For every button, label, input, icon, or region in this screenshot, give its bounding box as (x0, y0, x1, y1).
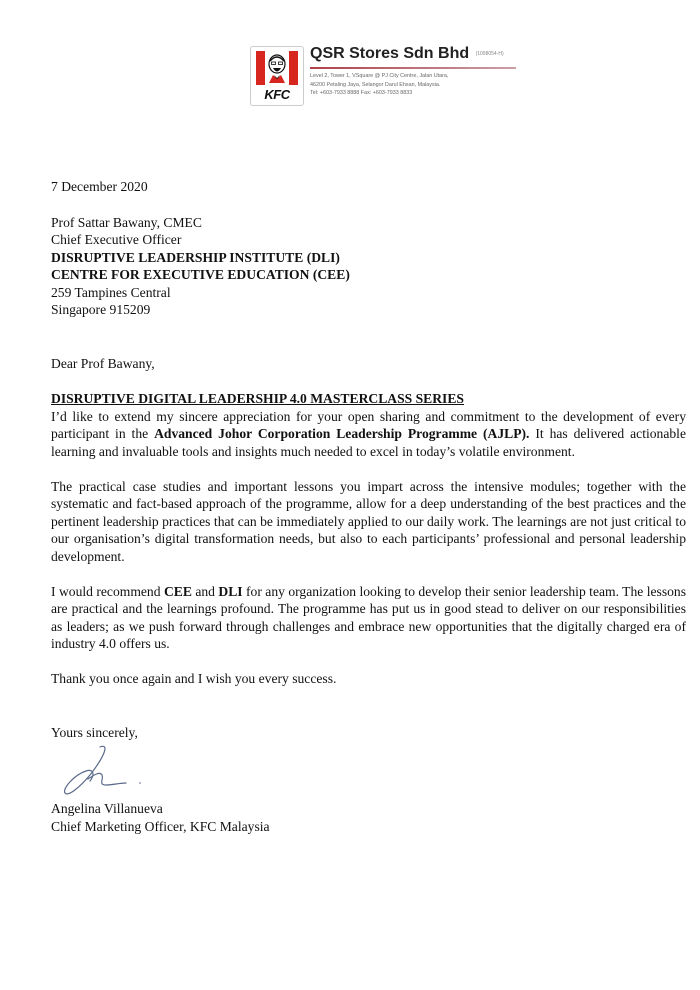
programme-name: Advanced Johor Corporation Leadership Pr… (154, 426, 529, 441)
logo-text: KFC (251, 87, 303, 102)
paragraph-3-text: I would recommend (51, 584, 164, 599)
contact-line: Tel: +603-7933 8888 Fax: +603-7933 8833 (310, 89, 520, 98)
cee-bold: CEE (164, 584, 192, 599)
subject-line: DISRUPTIVE DIGITAL LEADERSHIP 4.0 MASTER… (51, 390, 691, 408)
recipient-address-1: 259 Tampines Central (51, 284, 691, 302)
paragraph-4: Thank you once again and I wish you ever… (51, 670, 686, 688)
recipient-title: Chief Executive Officer (51, 231, 691, 249)
signer-name: Angelina Villanueva (51, 800, 270, 818)
recipient-org-1: DISRUPTIVE LEADERSHIP INSTITUTE (DLI) (51, 249, 691, 267)
paragraph-1: I’d like to extend my sincere appreciati… (51, 408, 686, 461)
colonel-icon (267, 53, 287, 83)
letterhead-divider (310, 67, 516, 69)
logo-stripe (256, 51, 265, 85)
letter-body: 7 December 2020 Prof Sattar Bawany, CMEC… (51, 178, 691, 741)
salutation: Dear Prof Bawany, (51, 355, 691, 373)
company-name: QSR Stores Sdn Bhd (1098054-H) (310, 44, 520, 64)
address-line: 46200 Petaling Jaya, Selangor Darul Ehsa… (310, 81, 520, 90)
logo-stripe (289, 51, 298, 85)
signer-block: Angelina Villanueva Chief Marketing Offi… (51, 800, 270, 835)
closing: Yours sincerely, (51, 724, 691, 742)
recipient-address-2: Singapore 915209 (51, 301, 691, 319)
company-address: Level 2, Tower 1, VSquare @ PJ City Cent… (310, 72, 520, 98)
paragraph-3: I would recommend CEE and DLI for any or… (51, 583, 686, 653)
registration-number: (1098054-H) (476, 51, 504, 57)
paragraph-2: The practical case studies and important… (51, 478, 686, 566)
company-name-text: QSR Stores Sdn Bhd (310, 45, 469, 62)
signer-title: Chief Marketing Officer, KFC Malaysia (51, 818, 270, 836)
letter-date: 7 December 2020 (51, 178, 691, 196)
letterhead: KFC QSR Stores Sdn Bhd (1098054-H) Level… (250, 44, 520, 108)
address-line: Level 2, Tower 1, VSquare @ PJ City Cent… (310, 72, 520, 81)
recipient-name: Prof Sattar Bawany, CMEC (51, 214, 691, 232)
company-info: QSR Stores Sdn Bhd (1098054-H) Level 2, … (310, 44, 520, 98)
recipient-org-2: CENTRE FOR EXECUTIVE EDUCATION (CEE) (51, 266, 691, 284)
signature-image (60, 745, 150, 800)
kfc-logo: KFC (250, 46, 304, 106)
paragraph-3-text: and (192, 584, 218, 599)
recipient-block: Prof Sattar Bawany, CMEC Chief Executive… (51, 214, 691, 319)
dli-bold: DLI (218, 584, 242, 599)
